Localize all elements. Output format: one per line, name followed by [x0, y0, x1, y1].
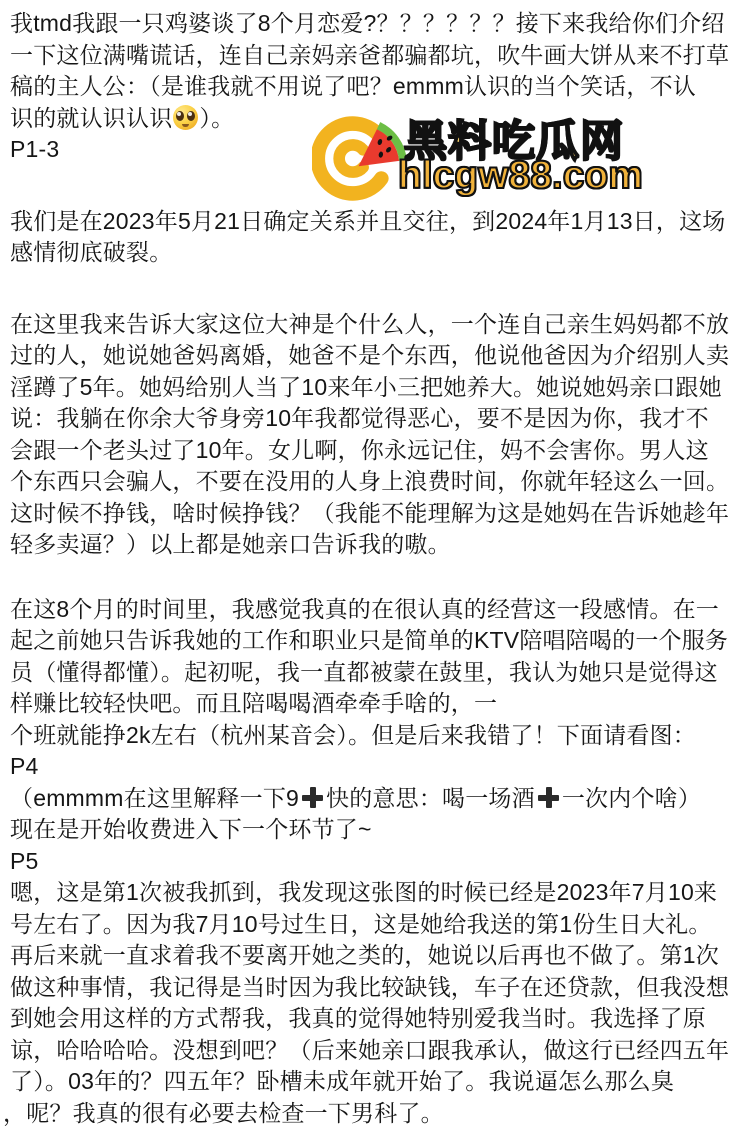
heavy-plus-icon: [538, 787, 559, 808]
text-segment: ）。: [199, 105, 234, 131]
text-line: 这时候不挣钱，啥时候挣钱？（我能不能理解为这是她妈在告诉她趁年: [10, 498, 736, 530]
paragraph-gap: [10, 561, 736, 594]
text-line: 到她会用这样的方式帮我，我真的觉得她特别爱我当时。我选择了原: [10, 1003, 736, 1035]
paragraph-2: 我们是在2023年5月21日确定关系并且交往，到2024年1月13日，这场 感情…: [10, 206, 736, 269]
text-line: 起之前她只告诉我她的工作和职业只是简单的KTV陪唱陪喝的一个服务: [10, 625, 736, 657]
text-segment: 快的意思：喝一场酒: [326, 785, 535, 811]
text-line: 号左右了。因为我7月10号过生日，这是她给我送的第1份生日大礼。: [10, 909, 736, 941]
text-line: 稿的主人公：（是谁我就不用说了吧？emmm认识的当个笑话，不认: [10, 71, 736, 103]
photo-reference-label: P4: [10, 751, 736, 783]
text-line: 员（懂得都懂）。起初呢，我一直都被蒙在鼓里，我认为她只是觉得这: [10, 657, 736, 689]
text-line: 再后来就一直求着我不要离开她之类的，她说以后再也不做了。第1次: [10, 940, 736, 972]
text-line: 我们是在2023年5月21日确定关系并且交往，到2024年1月13日，这场: [10, 206, 736, 238]
text-line: 做这种事情，我记得是当时因为我比较缺钱，车子在还贷款，但我没想: [10, 972, 736, 1004]
text-line: 说：我躺在你余大爷身旁10年我都觉得恶心，要不是因为你，我才不: [10, 403, 736, 435]
text-line: 样赚比较轻快吧。而且陪喝喝酒牵牵手啥的，一: [10, 688, 736, 720]
text-line: 我tmd我跟一只鸡婆谈了8个月恋爱?？？？？？？接下来我给你们介绍: [10, 8, 736, 40]
photo-reference-label: P5: [10, 846, 736, 878]
paragraph-gap: [10, 269, 736, 309]
text-line: 在这8个月的时间里，我感觉我真的在很认真的经营这一段感情。在一: [10, 594, 736, 626]
text-line: 轻多卖逼？）以上都是她亲口告诉我的嗷。: [10, 529, 736, 561]
watermark-site-url: hlcgw88.com: [398, 154, 643, 198]
text-line: 了）。03年的？四五年？卧槽未成年就开始了。我说逼怎么那么臭: [10, 1066, 736, 1098]
text-line: 个班就能挣2k左右（杭州某音会）。但是后来我错了！下面请看图：: [10, 720, 736, 752]
watermelon-logo-icon: [312, 110, 409, 207]
paragraph-3: 在这里我来告诉大家这位大神是个什么人，一个连自己亲生妈妈都不放 过的人，她说她爸…: [10, 309, 736, 561]
text-line: 谅，哈哈哈哈。没想到吧？（后来她亲口跟我承认，做这行已经四五年: [10, 1035, 736, 1067]
text-line: 会跟一个老头过了10年。女儿啊，你永远记住，妈不会害你。男人这: [10, 435, 736, 467]
text-line: （emmmm在这里解释一下9快的意思：喝一场酒一次内个啥）: [10, 783, 736, 815]
text-line: ，呢？我真的很有必要去检查一下男科了。: [3, 1098, 736, 1129]
paragraph-4: 在这8个月的时间里，我感觉我真的在很认真的经营这一段感情。在一 起之前她只告诉我…: [10, 594, 736, 1129]
text-segment: 一次内个啥）: [562, 785, 701, 811]
text-segment: （emmmm在这里解释一下9: [10, 785, 299, 811]
text-line: 感情彻底破裂。: [10, 237, 736, 269]
pleading-face-emoji: [173, 105, 198, 130]
text-line: 个东西只会骗人，不要在没用的人身上浪费时间，你就年轻这么一回。: [10, 466, 736, 498]
text-line: 一下这位满嘴谎话，连自己亲妈亲爸都骗都坑，吹牛画大饼从来不打草: [10, 40, 736, 72]
text-segment: 识的就认识认识: [10, 105, 172, 131]
heavy-plus-icon: [302, 787, 323, 808]
text-line: 现在是开始收费进入下一个环节了~: [10, 814, 736, 846]
text-line: 过的人，她说她爸妈离婚，她爸不是个东西，他说他爸因为介绍别人卖: [10, 340, 736, 372]
text-line: 嗯，这是第1次被我抓到，我发现这张图的时候已经是2023年7月10来: [10, 877, 736, 909]
site-watermark: 黑料吃瓜网 hlcgw88.com: [312, 108, 742, 208]
text-line: 在这里我来告诉大家这位大神是个什么人，一个连自己亲生妈妈都不放: [10, 309, 736, 341]
text-line: 淫蹲了5年。她妈给别人当了10来年小三把她养大。她说她妈亲口跟她: [10, 372, 736, 404]
